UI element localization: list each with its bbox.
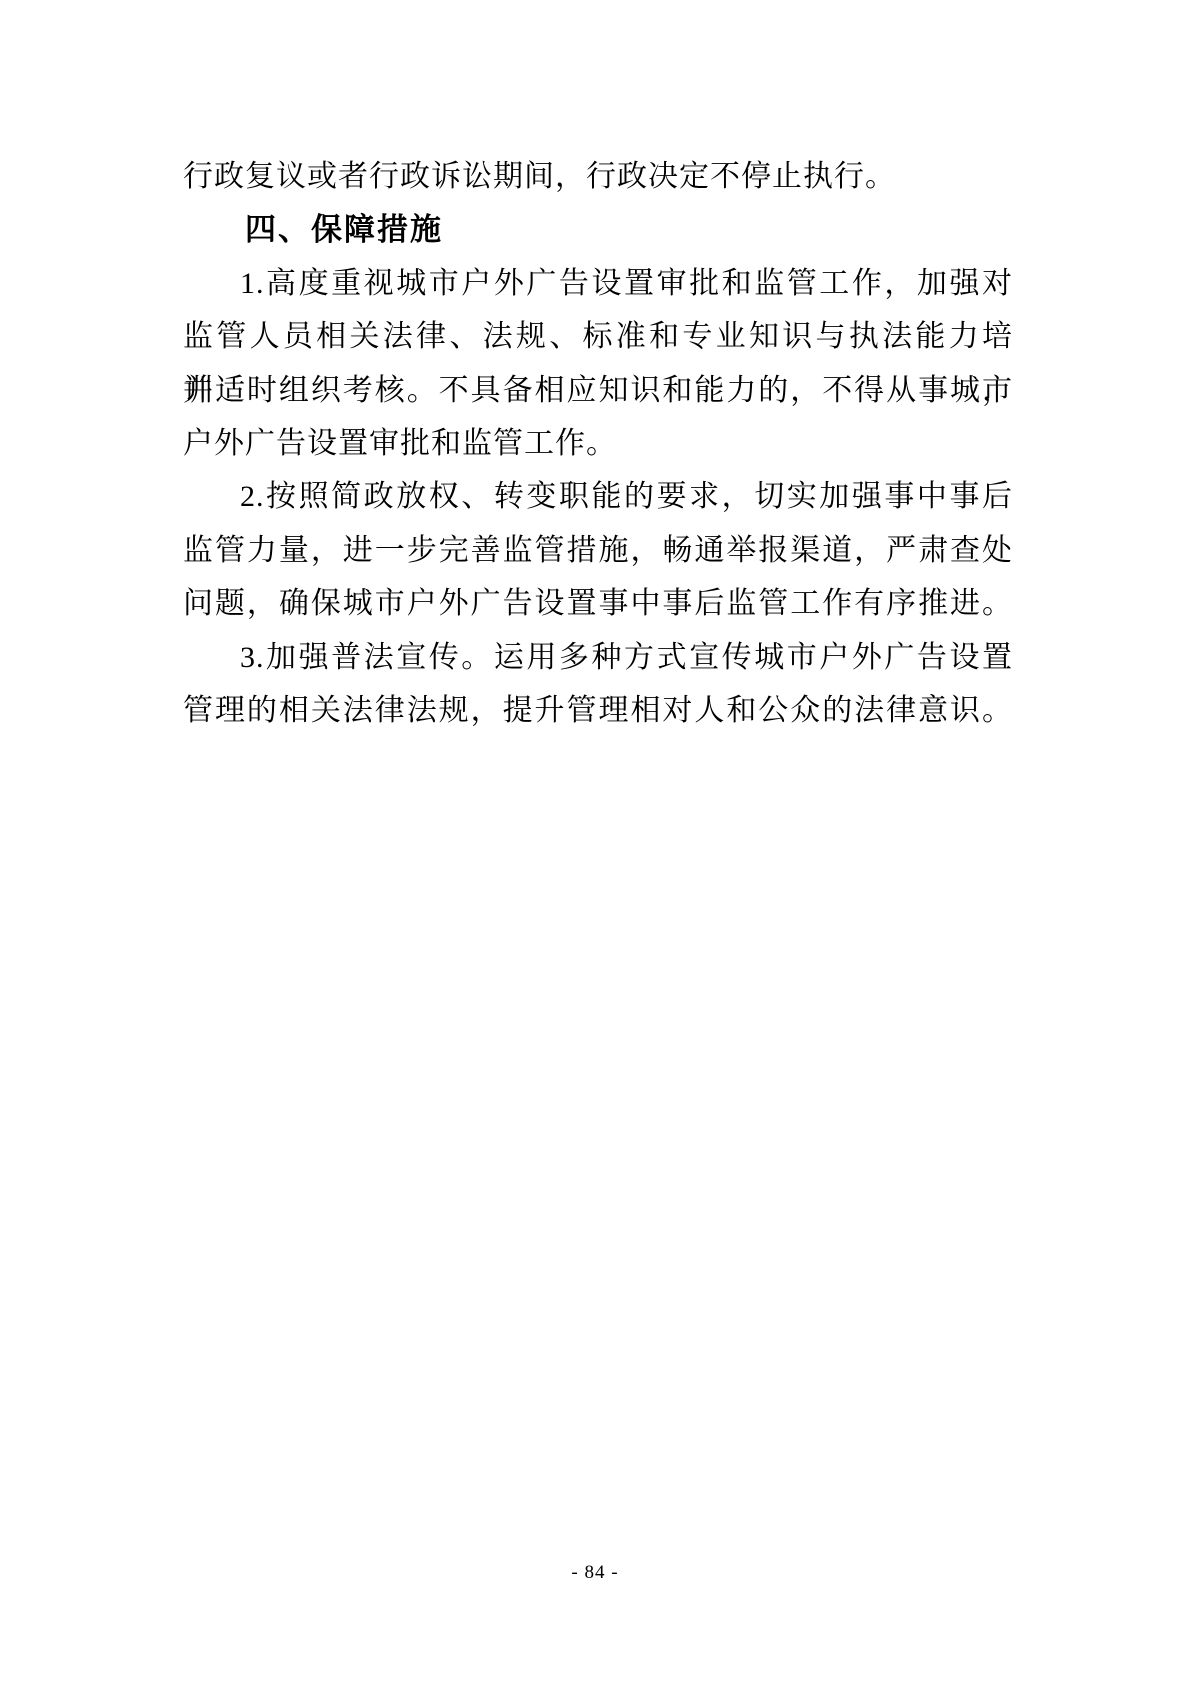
document-page: 行政复议或者行政诉讼期间，行政决定不停止执行。 四、保障措施 1.高度重视城市户… — [0, 0, 1190, 1683]
text-line: 监管力量，进一步完善监管措施，畅通举报渠道，严肃查处 — [183, 524, 1013, 577]
page-number: - 84 - — [0, 1562, 1190, 1584]
text-line: 问题，确保城市户外广告设置事中事后监管工作有序推进。 — [183, 577, 1013, 630]
text-line: 行政复议或者行政诉讼期间，行政决定不停止执行。 — [183, 150, 1013, 203]
document-body: 行政复议或者行政诉讼期间，行政决定不停止执行。 四、保障措施 1.高度重视城市户… — [183, 150, 1013, 737]
text-line: 1.高度重视城市户外广告设置审批和监管工作，加强对 — [183, 257, 1013, 310]
text-line: 3.加强普法宣传。运用多种方式宣传城市户外广告设置 — [183, 631, 1013, 684]
text-line: 户外广告设置审批和监管工作。 — [183, 417, 1013, 470]
text-line: 并适时组织考核。不具备相应知识和能力的，不得从事城市 — [183, 364, 1013, 417]
text-line: 2.按照简政放权、转变职能的要求，切实加强事中事后 — [183, 470, 1013, 523]
text-line: 管理的相关法律法规，提升管理相对人和公众的法律意识。 — [183, 684, 1013, 737]
section-heading: 四、保障措施 — [183, 203, 1013, 256]
text-line: 监管人员相关法律、法规、标准和专业知识与执法能力培训， — [183, 310, 1013, 363]
